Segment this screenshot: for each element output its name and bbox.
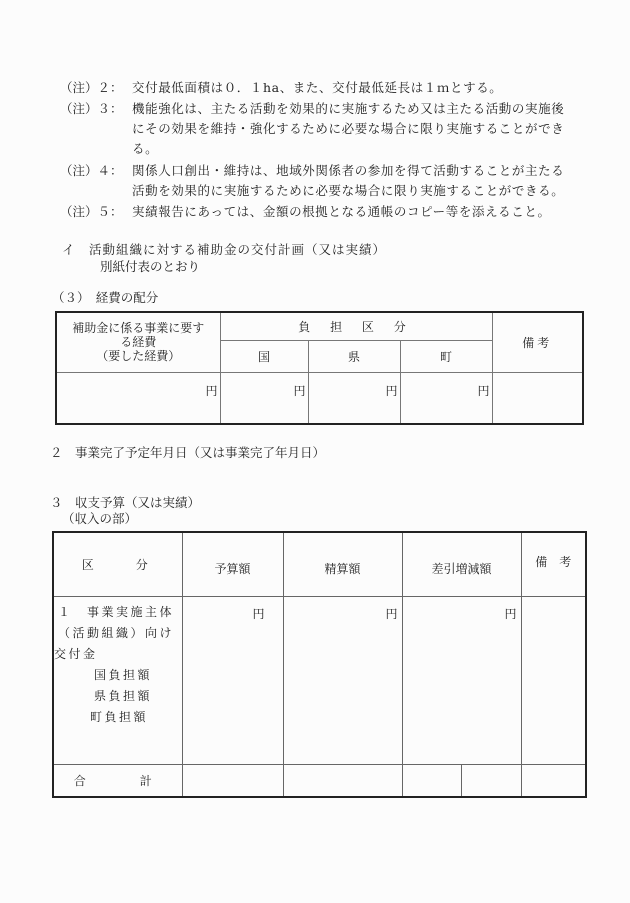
note-label: （注）４： bbox=[60, 161, 123, 181]
note-label: （注）５： bbox=[60, 202, 123, 222]
national-burden-label: 国負担額 bbox=[58, 665, 180, 686]
note-text: 交付最低面積は０．１ha、また、交付最低延長は１ｍとする。 bbox=[132, 78, 630, 98]
total-settlement-cell[interactable] bbox=[283, 764, 402, 797]
remarks-header: 備考 bbox=[492, 312, 583, 372]
note-text: 活動を効果的に実施するために必要な場合に限り実施することができる。 bbox=[132, 181, 630, 201]
total-label: 合 計 bbox=[53, 764, 182, 797]
burden-header: 負 担 区 分 bbox=[220, 312, 492, 340]
expense-allocation-table: 補助金に係る事業に要す る経費 （要した経費） 負 担 区 分 備考 国 県 町… bbox=[55, 311, 584, 425]
grant-label-line: １ 事業実施主体 bbox=[58, 602, 180, 623]
header-budget: 予算額 bbox=[182, 532, 283, 596]
burden-col-town: 町 bbox=[400, 340, 492, 372]
budget-subtitle: （収入の部） bbox=[62, 509, 137, 527]
settlement-amount-cell[interactable]: 円 bbox=[283, 596, 402, 764]
total-difference-cell-a[interactable] bbox=[402, 764, 461, 797]
header-difference: 差引増減額 bbox=[402, 532, 521, 596]
note-label: （注）２： bbox=[60, 78, 123, 98]
national-amount-cell[interactable]: 円 bbox=[220, 372, 308, 424]
income-budget-table: 区 分 予算額 精算額 差引増減額 備 考 １ 事業実施主体 （活動組織）向け … bbox=[52, 531, 587, 798]
expense-header-line: （要した経費） bbox=[57, 349, 220, 363]
note-text: る。 bbox=[132, 139, 630, 159]
header-settlement: 精算額 bbox=[283, 532, 402, 596]
grant-row-label: １ 事業実施主体 （活動組織）向け 交付金 国負担額 県負担額 町負担額 bbox=[53, 596, 182, 764]
header-category: 区 分 bbox=[53, 532, 182, 596]
prefecture-amount-cell[interactable]: 円 bbox=[308, 372, 400, 424]
town-amount-cell[interactable]: 円 bbox=[400, 372, 492, 424]
total-difference-cell-b[interactable] bbox=[461, 764, 521, 797]
grant-label-line: 交付金 bbox=[54, 644, 180, 665]
expense-header-line: 補助金に係る事業に要す bbox=[57, 321, 220, 335]
expense-header-line: る経費 bbox=[57, 335, 220, 349]
section-3-alloc-title: （３） 経費の配分 bbox=[52, 288, 158, 306]
budget-amount-cell[interactable]: 円 bbox=[182, 596, 283, 764]
remarks-cell[interactable] bbox=[521, 596, 586, 764]
note-text: 機能強化は、主たる活動を効果的に実施するため又は主たる活動の実施後 bbox=[132, 99, 630, 119]
burden-col-national: 国 bbox=[220, 340, 308, 372]
grant-label-line: （活動組織）向け bbox=[58, 623, 180, 644]
difference-amount-cell[interactable]: 円 bbox=[402, 596, 521, 764]
section-i-subtitle: 別紙付表のとおり bbox=[100, 257, 200, 275]
prefecture-burden-label: 県負担額 bbox=[58, 686, 180, 707]
burden-col-prefecture: 県 bbox=[308, 340, 400, 372]
expense-total-cell[interactable]: 円 bbox=[56, 372, 220, 424]
note-label: （注）３： bbox=[60, 99, 123, 119]
header-remarks: 備 考 bbox=[521, 532, 586, 596]
note-text: 関係人口創出・維持は、地域外関係者の参加を得て活動することが主たる bbox=[132, 161, 630, 181]
note-text: にその効果を維持・強化するために必要な場合に限り実施することができ bbox=[132, 119, 630, 139]
total-remarks-cell[interactable] bbox=[521, 764, 586, 797]
total-budget-cell[interactable] bbox=[182, 764, 283, 797]
expense-header: 補助金に係る事業に要す る経費 （要した経費） bbox=[56, 312, 220, 372]
remarks-cell[interactable] bbox=[492, 372, 583, 424]
town-burden-label: 町負担額 bbox=[58, 707, 180, 728]
note-text: 実績報告にあっては、金額の根拠となる通帳のコピー等を添えること。 bbox=[132, 202, 630, 222]
completion-date-label: ２ 事業完了予定年月日（又は事業完了年月日） bbox=[50, 443, 325, 461]
section-i-title: イ 活動組織に対する補助金の交付計画（又は実績） bbox=[62, 240, 386, 258]
